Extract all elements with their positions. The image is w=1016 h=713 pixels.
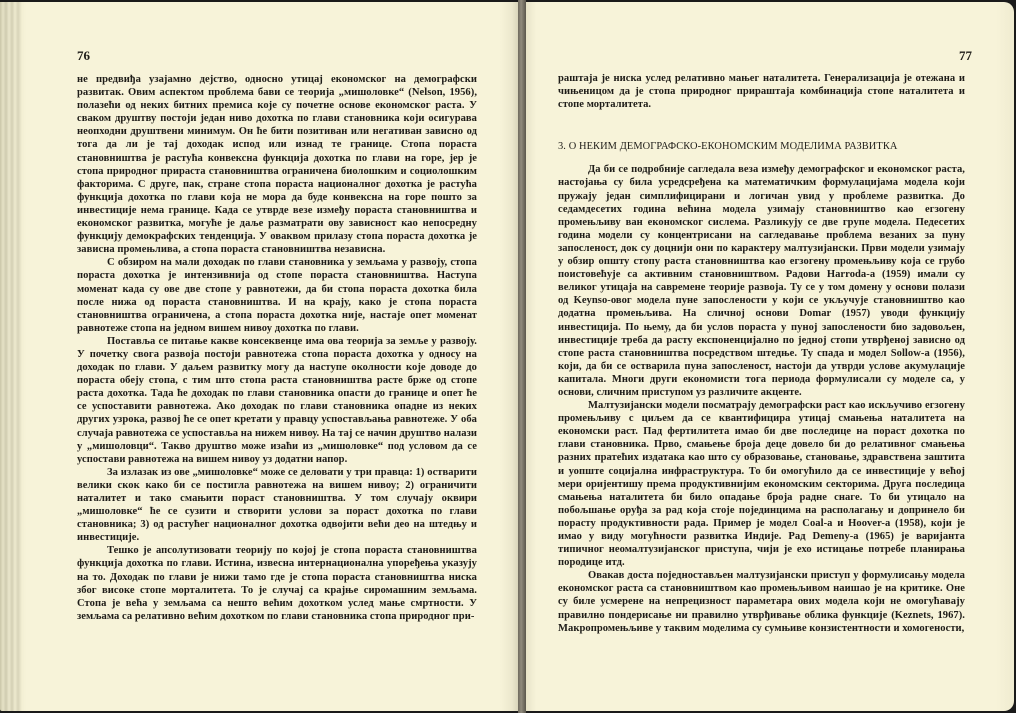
paragraph: Малтузијански модели посматрају демограф… [558, 399, 965, 569]
section-heading: 3. О НЕКИМ ДЕМОГРАФСКО-ЕКОНОМСКИМ МОДЕЛИ… [558, 140, 965, 153]
left-page: 76 не предвиђа узајамно дејство, односно… [0, 2, 518, 711]
page-number-right: 77 [959, 48, 972, 64]
paragraph: Поставља се питање какве консеквенце има… [77, 335, 477, 466]
book-spread: 76 не предвиђа узајамно дејство, односно… [0, 0, 1016, 713]
right-page-body: раштаја је ниска услед релативно мањег н… [558, 72, 965, 635]
paragraph: не предвиђа узајамно дејство, односно ут… [77, 73, 477, 256]
paragraph: За излазак из ове „мишоловке“ може се де… [77, 466, 477, 545]
paragraph: Овакав доста поједностављен малтузијанск… [558, 569, 965, 634]
paragraph: Да би се подробније сагледала веза измеђ… [558, 163, 965, 399]
paragraph: С обзиром на мали доходак по глави стано… [77, 256, 477, 335]
paragraph: Тешко је апсолутизовати теорију по којој… [77, 544, 477, 623]
right-page: 77 раштаја је ниска услед релативно мање… [526, 2, 1014, 711]
page-number-left: 76 [77, 48, 90, 64]
book-spine [518, 0, 526, 713]
left-page-body: не предвиђа узајамно дејство, односно ут… [77, 73, 477, 623]
paragraph: раштаја је ниска услед релативно мањег н… [558, 72, 965, 111]
